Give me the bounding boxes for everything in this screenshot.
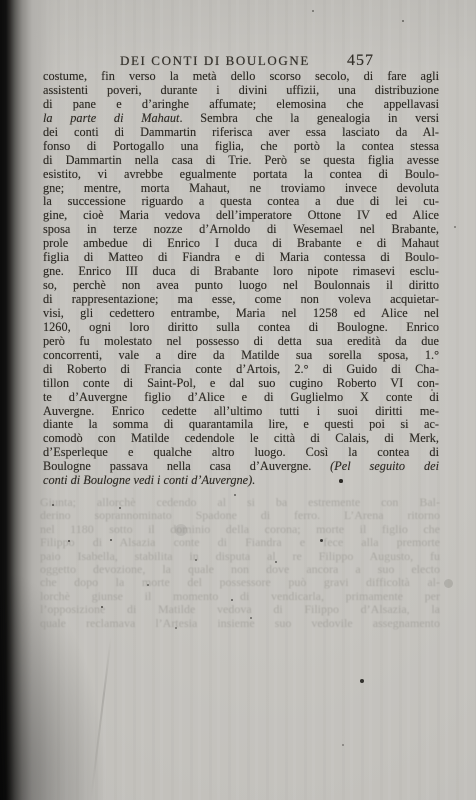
bleedthrough-line: nel 1180 sotto il dominio della corona; … bbox=[40, 523, 440, 536]
text-line: conti di Boulogne vedi i conti d’Auvergn… bbox=[43, 474, 439, 488]
text-line: Boulogne passava nella casa d’Auvergne. … bbox=[43, 460, 439, 474]
text-line: figlia di Matteo di Fiandra e di Maria c… bbox=[43, 251, 439, 265]
text-line: te d’Auvergne figlio d’Alice e di Guglie… bbox=[43, 391, 439, 405]
text-line: d’Esperleque e qualche altro luogo. Così… bbox=[43, 446, 439, 460]
paper-speck bbox=[360, 679, 364, 683]
paper-speck bbox=[312, 10, 314, 12]
text-line: concorrenti, vale a dire da Matilde sua … bbox=[43, 349, 439, 363]
text-line: so, perchè non avea punto luogo nel Boul… bbox=[43, 279, 439, 293]
page-number: 457 bbox=[347, 52, 374, 70]
text-line: prole ambedue di Enrico I duca di Braban… bbox=[43, 237, 439, 251]
text-line: 1260, ogni loro diritto sulla contea di … bbox=[43, 321, 439, 335]
text-line: costume, fin verso la metà dello scorso … bbox=[43, 70, 439, 84]
bleedthrough-line: quale reclamava l’Artesia insieme suo ve… bbox=[40, 617, 440, 630]
bleedthrough-line: l’opposizione di Matilde vedova di Filip… bbox=[40, 603, 440, 616]
text-line: gne. Enrico III duca di Brabante loro ni… bbox=[43, 265, 439, 279]
text-line: però fu molestato nel possesso di detta … bbox=[43, 335, 439, 349]
book-page: DEI CONTI DI BOULOGNE 457 costume, fin v… bbox=[0, 0, 476, 800]
bleedthrough-line: derino soprannominato Spadone di ferro. … bbox=[40, 509, 440, 522]
text-line: di Roberto di Francia conte d’Artois, 2.… bbox=[43, 363, 439, 377]
text-line: visi, gli cedettero entrambe, Maria nel … bbox=[43, 307, 439, 321]
text-line: la parte di Mahaut. Sembra che la geneal… bbox=[43, 112, 439, 126]
text-line: di rappresentazione; ma esse, come non v… bbox=[43, 293, 439, 307]
text-line: gine, cioè Maria vedova dell’imperatore … bbox=[43, 209, 439, 223]
body-text: costume, fin verso la metà dello scorso … bbox=[43, 70, 439, 488]
bleedthrough-line: paio Isabella, stabilita in disputa al r… bbox=[40, 550, 440, 563]
running-title: DEI CONTI DI BOULOGNE bbox=[120, 53, 292, 69]
text-line: tillon conte di Saint-Pol, e dal suo cug… bbox=[43, 377, 439, 391]
text-line: fonso di Portogallo una figlia, che port… bbox=[43, 140, 439, 154]
bleedthrough-line: che dopo la morte del possessore può gra… bbox=[40, 576, 440, 589]
text-line: esistito, vi avrebbe egualmente portata … bbox=[43, 168, 439, 182]
text-line: Auvergne. Enrico cedette all’ultimo tutt… bbox=[43, 405, 439, 419]
text-line: comodò con Matilde cedendole le città di… bbox=[43, 432, 439, 446]
paper-speck bbox=[444, 579, 453, 588]
text-line: gne; mentre, morta Mahaut, ne troviamo i… bbox=[43, 182, 439, 196]
bleedthrough-line: lorchè giunse il momento di vendicarla, … bbox=[40, 590, 440, 603]
text-line: diante la somma di quarantamila lire, e … bbox=[43, 418, 439, 432]
text-line: sposa in terze nozze d’Arnoldo di Wesema… bbox=[43, 223, 439, 237]
paper-speck bbox=[342, 744, 344, 746]
text-line: dei conti di Dammartin riferisca aver es… bbox=[43, 126, 439, 140]
bleedthrough-line: Giunta; allorchè cedendo al si ba estrem… bbox=[40, 496, 440, 509]
bleedthrough-line: oggetto devozione, la quale non dove anc… bbox=[40, 563, 440, 576]
bleedthrough-text: Giunta; allorchè cedendo al si ba estrem… bbox=[40, 496, 440, 630]
text-line: la successione riguardo a questa contea … bbox=[43, 195, 439, 209]
text-line: assistenti poveri, durante i divini uffi… bbox=[43, 84, 439, 98]
paper-speck bbox=[454, 226, 456, 228]
text-line: di Dammartin nella casa di Trie. Però se… bbox=[43, 154, 439, 168]
text-line: di pane e d’aringhe affumate; elemosina … bbox=[43, 98, 439, 112]
bleedthrough-line: Filippo di Alsazia conte di Fiandra e fe… bbox=[40, 536, 440, 549]
paper-speck bbox=[402, 20, 404, 22]
